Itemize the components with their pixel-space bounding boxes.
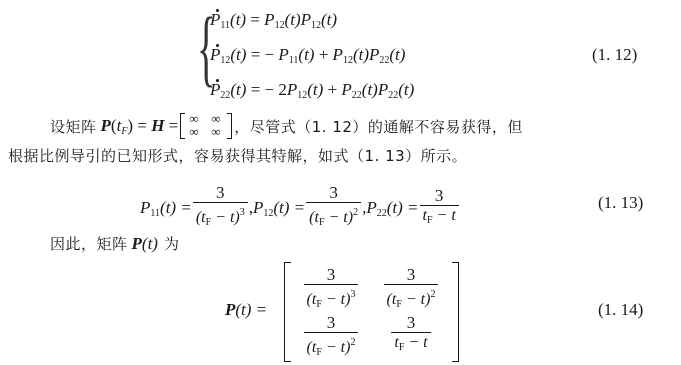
right-bracket-icon (452, 262, 459, 362)
fraction-p11: 3 (tF − t)3 (193, 184, 248, 232)
fraction-p12: 3 (tF − t)2 (306, 184, 361, 232)
equation-number-1-12: (1. 12) (592, 45, 637, 65)
matrix-cell-12: 3 (tF − t)2 (372, 266, 450, 314)
matrix-lhs: P(t) = (225, 300, 267, 320)
equation-line-3: P22(t) = − 2P12(t) + P22(t)P22(t) (210, 80, 414, 101)
term-p22: P22(t) = (366, 198, 418, 219)
equation-number-1-14: (1. 14) (598, 300, 643, 320)
left-bracket-icon (284, 262, 291, 362)
term-p12: P12(t) = (253, 198, 305, 219)
matrix-cell-21: 3 (tF − t)2 (292, 314, 370, 362)
paragraph-1-line-2: 根据比例导引的已知形式，容易获得其特解，如式（1. 13）所示。 (8, 145, 467, 166)
equation-line-2: P12(t) = − P11(t) + P12(t)P22(t) (210, 45, 405, 66)
equation-line-1: P11(t) = P12(t)P12(t) (210, 10, 337, 31)
equation-number-1-13: (1. 13) (598, 193, 643, 213)
fraction-p22: 3 tF − t (420, 187, 459, 230)
matrix-h: ∞ ∞ ∞ ∞ (180, 113, 232, 139)
matrix-cell-22: 3 tF − t (372, 314, 450, 357)
equation-1-13: P11(t) = 3 (tF − t)3 , P12(t) = 3 (tF − … (140, 184, 460, 232)
term-p11: P11(t) = (140, 198, 192, 219)
paragraph-2: 因此，矩阵 P(t) 为 (50, 233, 179, 254)
matrix-cell-11: 3 (tF − t)3 (292, 266, 370, 314)
paragraph-1-line-1: 设矩阵 P(tF) = H = ∞ ∞ ∞ ∞ ，尽管式（1. 12）的通解不容… (50, 113, 523, 139)
